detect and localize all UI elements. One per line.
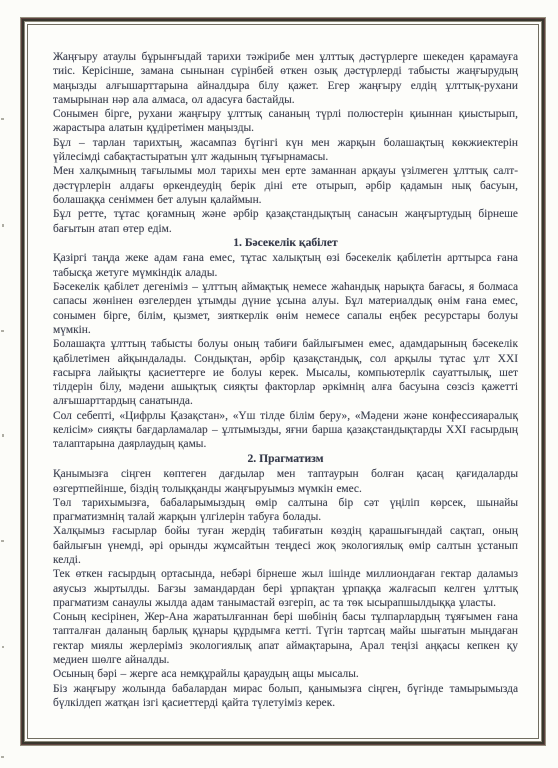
scan-noise-speck <box>1 540 4 542</box>
paragraph: Жаңғыру атаулы бұрынғыдай тарихи тәжіриб… <box>53 50 518 107</box>
paragraph: Төл тарихымызға, бабаларымыздың өмір сал… <box>53 496 518 525</box>
paragraph: Сонымен бірге, рухани жаңғыру ұлттық сан… <box>53 107 518 136</box>
document-body: Жаңғыру атаулы бұрынғыдай тарихи тәжіриб… <box>28 25 538 738</box>
paragraph: Сол себепті, «Цифрлы Қазақстан», «Үш тіл… <box>53 409 518 452</box>
section-heading: 2. Прагматизм <box>53 452 518 467</box>
paragraph: Тек өткен ғасырдың ортасында, небәрі бір… <box>53 567 518 610</box>
paragraph: Бәсекелік қабілет дегеніміз – ұлттың айм… <box>53 280 518 337</box>
scan-noise-speck <box>2 224 4 227</box>
paragraph: Халқымыз ғасырлар бойы туған жердің таби… <box>53 524 518 567</box>
scan-noise-speck <box>1 118 4 120</box>
section-heading: 1. Бәсекелік қабілет <box>53 236 518 251</box>
scan-noise-speck <box>1 756 4 758</box>
scan-noise-speck <box>2 434 4 437</box>
scan-noise-speck <box>1 330 4 332</box>
paragraph: Осының бәрі – жерге аса немқұрайлы қарау… <box>53 667 518 681</box>
paragraph: Болашақта ұлттың табысты болуы оның таби… <box>53 337 518 408</box>
paragraph: Біз жаңғыру жолында бабалардан мирас бол… <box>53 682 518 711</box>
paragraph: Қазіргі таңда жеке адам ғана емес, тұтас… <box>53 251 518 280</box>
paragraph: Қанымызға сіңген көптеген дағдылар мен т… <box>53 467 518 496</box>
decorative-border-frame: Жаңғыру атаулы бұрынғыдай тарихи тәжіриб… <box>20 17 546 746</box>
paragraph: Мен халқымның тағылымы мол тарихы мен ер… <box>53 164 518 207</box>
paragraph: Бұл – тарлан тарихтың, жасампаз бүгінгі … <box>53 136 518 165</box>
paragraph: Соның кесірінен, Жер-Ана жаратылғаннан б… <box>53 610 518 667</box>
paragraph: Бұл ретте, тұтас қоғамның және әрбір қаз… <box>53 207 518 236</box>
scan-noise-speck <box>2 646 4 648</box>
